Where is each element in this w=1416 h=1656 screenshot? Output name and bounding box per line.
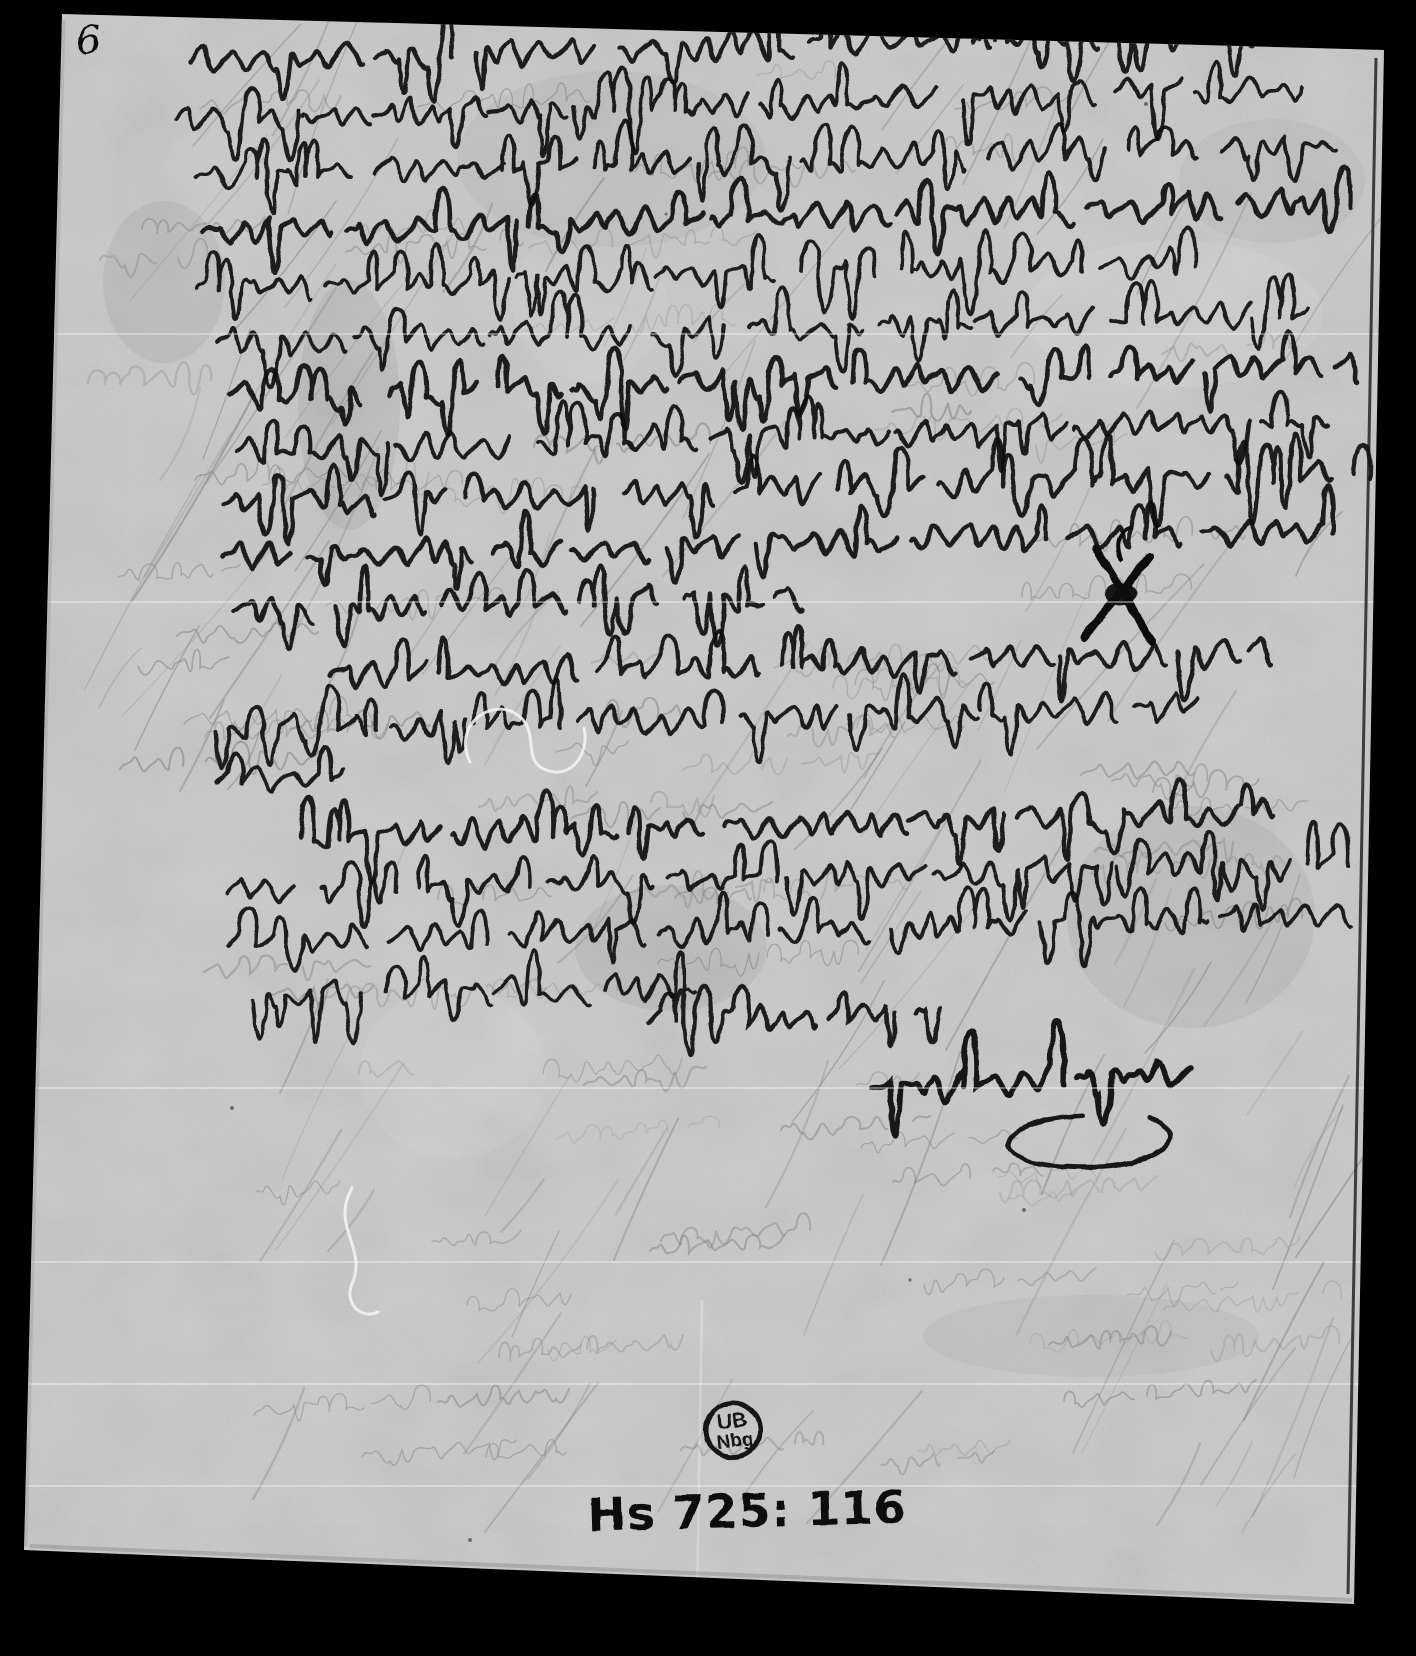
stamp-line2: Nbg — [716, 1429, 755, 1454]
paper-light-patch — [360, 987, 546, 1159]
shelfmark: Hs 725: 116 — [587, 1480, 908, 1542]
scan-canvas: 6 UB Nbg Hs 725: 116 — [0, 0, 1416, 1656]
paper-speck — [230, 1106, 234, 1110]
page-number: 6 — [74, 17, 104, 65]
paper-speck — [908, 1278, 911, 1281]
paper-speck — [468, 1538, 472, 1542]
paper-speck — [1022, 1208, 1026, 1212]
paper-speck — [665, 213, 668, 216]
paper-content: 6 UB Nbg Hs 725: 116 — [0, 0, 1416, 1656]
paper-speck — [1144, 102, 1148, 106]
manuscript-scan-page: 6 UB Nbg Hs 725: 116 — [0, 0, 1416, 1656]
